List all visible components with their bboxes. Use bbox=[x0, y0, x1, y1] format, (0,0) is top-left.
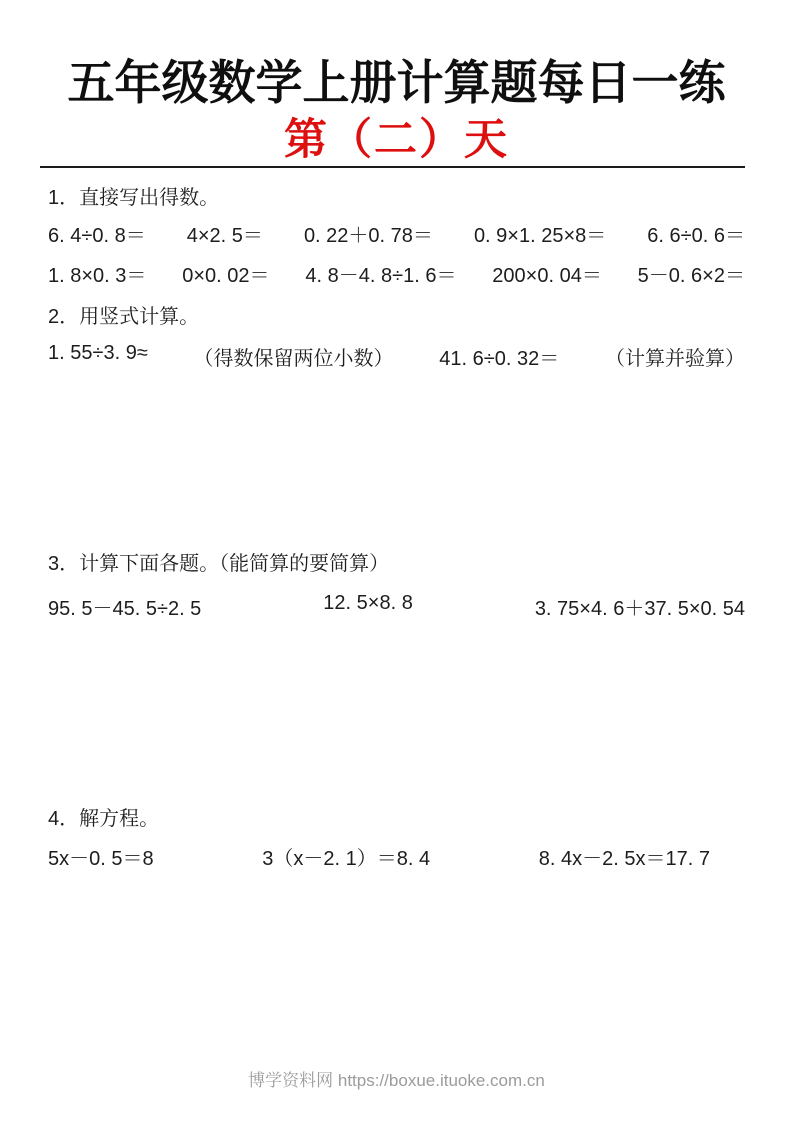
problem: 6. 6÷0. 6＝ bbox=[647, 219, 745, 248]
problem: 0. 9×1. 25×8＝ bbox=[474, 219, 606, 248]
section-1-problems-row-2: 1. 8×0. 3＝ 0×0. 02＝ 4. 8－4. 8÷1. 6＝ 200×… bbox=[48, 259, 745, 288]
problem: 5－0. 6×2＝ bbox=[638, 259, 745, 288]
problem: 0×0. 02＝ bbox=[182, 259, 269, 288]
section-1-problems-row-1: 6. 4÷0. 8＝ 4×2. 5＝ 0. 22＋0. 78＝ 0. 9×1. … bbox=[48, 219, 745, 248]
problem: 4. 8－4. 8÷1. 6＝ bbox=[305, 259, 456, 288]
section-4-heading: 4．解方程。 bbox=[48, 802, 745, 831]
problem: 12. 5×8. 8 bbox=[323, 592, 413, 621]
problem: 3（x－2. 1）＝8. 4 bbox=[262, 842, 430, 871]
problem-note: （得数保留两位小数） bbox=[194, 342, 394, 371]
section-2-heading: 2．用竖式计算。 bbox=[48, 300, 745, 329]
problem: 6. 4÷0. 8＝ bbox=[48, 219, 146, 248]
header-divider bbox=[40, 166, 745, 168]
problem: 41. 6÷0. 32＝ bbox=[439, 342, 559, 371]
problem: 3. 75×4. 6＋37. 5×0. 54 bbox=[535, 592, 745, 621]
problem: 8. 4x－2. 5x＝17. 7 bbox=[539, 842, 710, 871]
problem: 5x－0. 5＝8 bbox=[48, 842, 154, 871]
problem: 0. 22＋0. 78＝ bbox=[304, 219, 433, 248]
problem: 4×2. 5＝ bbox=[187, 219, 263, 248]
section-3-heading: 3．计算下面各题。（能简算的要简算） bbox=[48, 547, 745, 576]
problem: 200×0. 04＝ bbox=[492, 259, 602, 288]
problem-note: （计算并验算） bbox=[605, 342, 745, 371]
worksheet-page: 五年级数学上册计算题每日一练 第（二）天 1．直接写出得数。 6. 4÷0. 8… bbox=[0, 0, 793, 1122]
section-1-heading: 1．直接写出得数。 bbox=[48, 181, 745, 210]
problem: 95. 5－45. 5÷2. 5 bbox=[48, 592, 201, 621]
problem: 1. 8×0. 3＝ bbox=[48, 259, 146, 288]
section-2-problems-row-1: 1. 55÷3. 9≈ （得数保留两位小数） 41. 6÷0. 32＝ （计算并… bbox=[48, 342, 745, 371]
problem: 1. 55÷3. 9≈ bbox=[48, 342, 148, 371]
section-3-problems-row-1: 95. 5－45. 5÷2. 5 12. 5×8. 8 3. 75×4. 6＋3… bbox=[48, 592, 745, 621]
section-4-problems-row-1: 5x－0. 5＝8 3（x－2. 1）＝8. 4 8. 4x－2. 5x＝17.… bbox=[48, 842, 710, 871]
day-subtitle: 第（二）天 bbox=[0, 106, 793, 167]
source-watermark: 博学资料网 https://boxue.ituoke.com.cn bbox=[0, 1066, 793, 1091]
page-title: 五年级数学上册计算题每日一练 bbox=[0, 46, 793, 113]
